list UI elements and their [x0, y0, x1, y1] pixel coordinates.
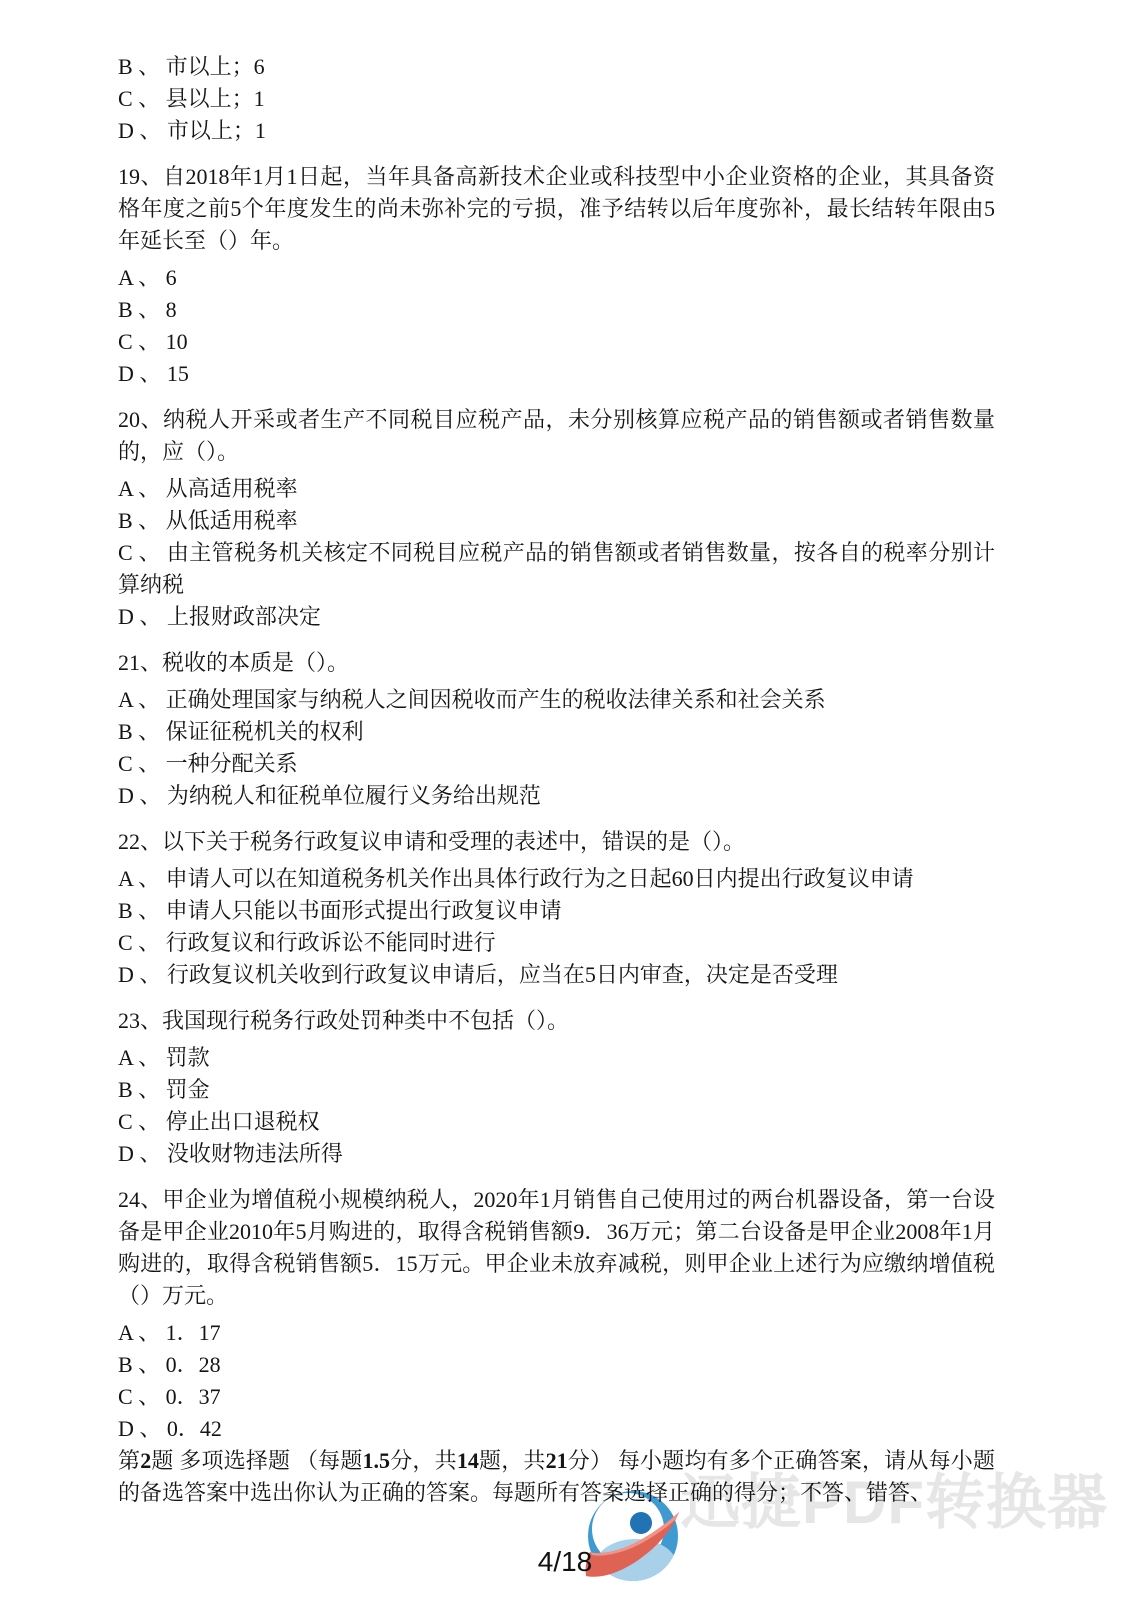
question-20-stem: 20、纳税人开采或者生产不同税目应税产品，未分别核算应税产品的销售额或者销售数量… — [118, 404, 995, 468]
header-part: 第 — [118, 1448, 140, 1473]
question-24-options: A 、 1．17 B 、 0．28 C 、 0．37 D 、 0．42 — [118, 1317, 995, 1445]
question-20-option-b: B 、 从低适用税率 — [118, 505, 995, 537]
question-24-option-b: B 、 0．28 — [118, 1349, 995, 1381]
question-21-option-c: C 、 一种分配关系 — [118, 748, 995, 780]
header-part: 题 多项选择题 （每题 — [151, 1448, 362, 1473]
carryover-option-d: D 、 市以上；1 — [118, 115, 995, 147]
logo-dot — [630, 1512, 652, 1534]
question-21-options: A 、 正确处理国家与纳税人之间因税收而产生的税收法律关系和社会关系 B 、 保… — [118, 684, 995, 812]
question-22: 22、以下关于税务行政复议申请和受理的表述中，错误的是（）。 A 、 申请人可以… — [118, 826, 995, 991]
question-20: 20、纳税人开采或者生产不同税目应税产品，未分别核算应税产品的销售额或者销售数量… — [118, 404, 995, 633]
page-content: B 、 市以上；6 C 、 县以上；1 D 、 市以上；1 19、自2018年1… — [118, 46, 995, 1509]
header-number: 2 — [140, 1448, 151, 1473]
question-24-option-c: C 、 0．37 — [118, 1381, 995, 1413]
question-21: 21、税收的本质是（）。 A 、 正确处理国家与纳税人之间因税收而产生的税收法律… — [118, 647, 995, 812]
question-23-option-b: B 、 罚金 — [118, 1074, 995, 1106]
section-2-header: 第2题 多项选择题 （每题1.5分，共14题，共21分） 每小题均有多个正确答案… — [118, 1445, 995, 1509]
question-23-option-c: C 、 停止出口退税权 — [118, 1106, 995, 1138]
question-22-option-a: A 、 申请人可以在知道税务机关作出具体行政行为之日起60日内提出行政复议申请 — [118, 863, 995, 895]
carryover-option-b: B 、 市以上；6 — [118, 51, 995, 83]
question-19-option-b: B 、 8 — [118, 294, 995, 326]
carryover-options: B 、 市以上；6 C 、 县以上；1 D 、 市以上；1 — [118, 51, 995, 147]
question-22-option-b: B 、 申请人只能以书面形式提出行政复议申请 — [118, 895, 995, 927]
header-part: 题，共 — [479, 1448, 546, 1473]
question-23-option-d: D 、 没收财物违法所得 — [118, 1138, 995, 1170]
question-19: 19、自2018年1月1日起，当年具备高新技术企业或科技型中小企业资格的企业，其… — [118, 161, 995, 390]
question-20-option-d: D 、 上报财政部决定 — [118, 601, 995, 633]
question-20-options: A 、 从高适用税率 B 、 从低适用税率 C 、 由主管税务机关核定不同税目应… — [118, 473, 995, 633]
question-20-option-c: C 、 由主管税务机关核定不同税目应税产品的销售额或者销售数量，按各自的税率分别… — [118, 537, 995, 601]
question-21-option-b: B 、 保证征税机关的权利 — [118, 716, 995, 748]
header-number: 21 — [546, 1448, 568, 1473]
question-21-option-d: D 、 为纳税人和征税单位履行义务给出规范 — [118, 780, 995, 812]
question-23: 23、我国现行税务行政处罚种类中不包括（）。 A 、 罚款 B 、 罚金 C 、… — [118, 1005, 995, 1170]
question-19-stem: 19、自2018年1月1日起，当年具备高新技术企业或科技型中小企业资格的企业，其… — [118, 161, 995, 257]
header-number: 14 — [457, 1448, 479, 1473]
header-number: 1.5 — [363, 1448, 391, 1473]
document-page: 迅捷PDF转换器 B 、 市以上；6 C 、 县以上；1 D 、 市以上；1 1… — [0, 0, 1130, 1600]
question-21-stem: 21、税收的本质是（）。 — [118, 647, 995, 679]
question-23-stem: 23、我国现行税务行政处罚种类中不包括（）。 — [118, 1005, 995, 1037]
question-19-option-c: C 、 10 — [118, 326, 995, 358]
question-22-options: A 、 申请人可以在知道税务机关作出具体行政行为之日起60日内提出行政复议申请 … — [118, 863, 995, 991]
question-24-stem: 24、甲企业为增值税小规模纳税人，2020年1月销售自己使用过的两台机器设备，第… — [118, 1184, 995, 1312]
question-24-option-d: D 、 0．42 — [118, 1413, 995, 1445]
question-23-options: A 、 罚款 B 、 罚金 C 、 停止出口退税权 D 、 没收财物违法所得 — [118, 1042, 995, 1170]
question-22-option-c: C 、 行政复议和行政诉讼不能同时进行 — [118, 927, 995, 959]
question-24-option-a: A 、 1．17 — [118, 1317, 995, 1349]
question-19-option-d: D 、 15 — [118, 358, 995, 390]
question-20-option-a: A 、 从高适用税率 — [118, 473, 995, 505]
question-19-options: A 、 6 B 、 8 C 、 10 D 、 15 — [118, 262, 995, 390]
question-19-option-a: A 、 6 — [118, 262, 995, 294]
question-24: 24、甲企业为增值税小规模纳税人，2020年1月销售自己使用过的两台机器设备，第… — [118, 1184, 995, 1445]
question-22-stem: 22、以下关于税务行政复议申请和受理的表述中，错误的是（）。 — [118, 826, 995, 858]
page-number: 4/18 — [0, 1546, 1130, 1578]
header-part: 分，共 — [390, 1448, 457, 1473]
question-22-option-d: D 、 行政复议机关收到行政复议申请后，应当在5日内审查，决定是否受理 — [118, 959, 995, 991]
question-23-option-a: A 、 罚款 — [118, 1042, 995, 1074]
question-21-option-a: A 、 正确处理国家与纳税人之间因税收而产生的税收法律关系和社会关系 — [118, 684, 995, 716]
carryover-option-c: C 、 县以上；1 — [118, 83, 995, 115]
